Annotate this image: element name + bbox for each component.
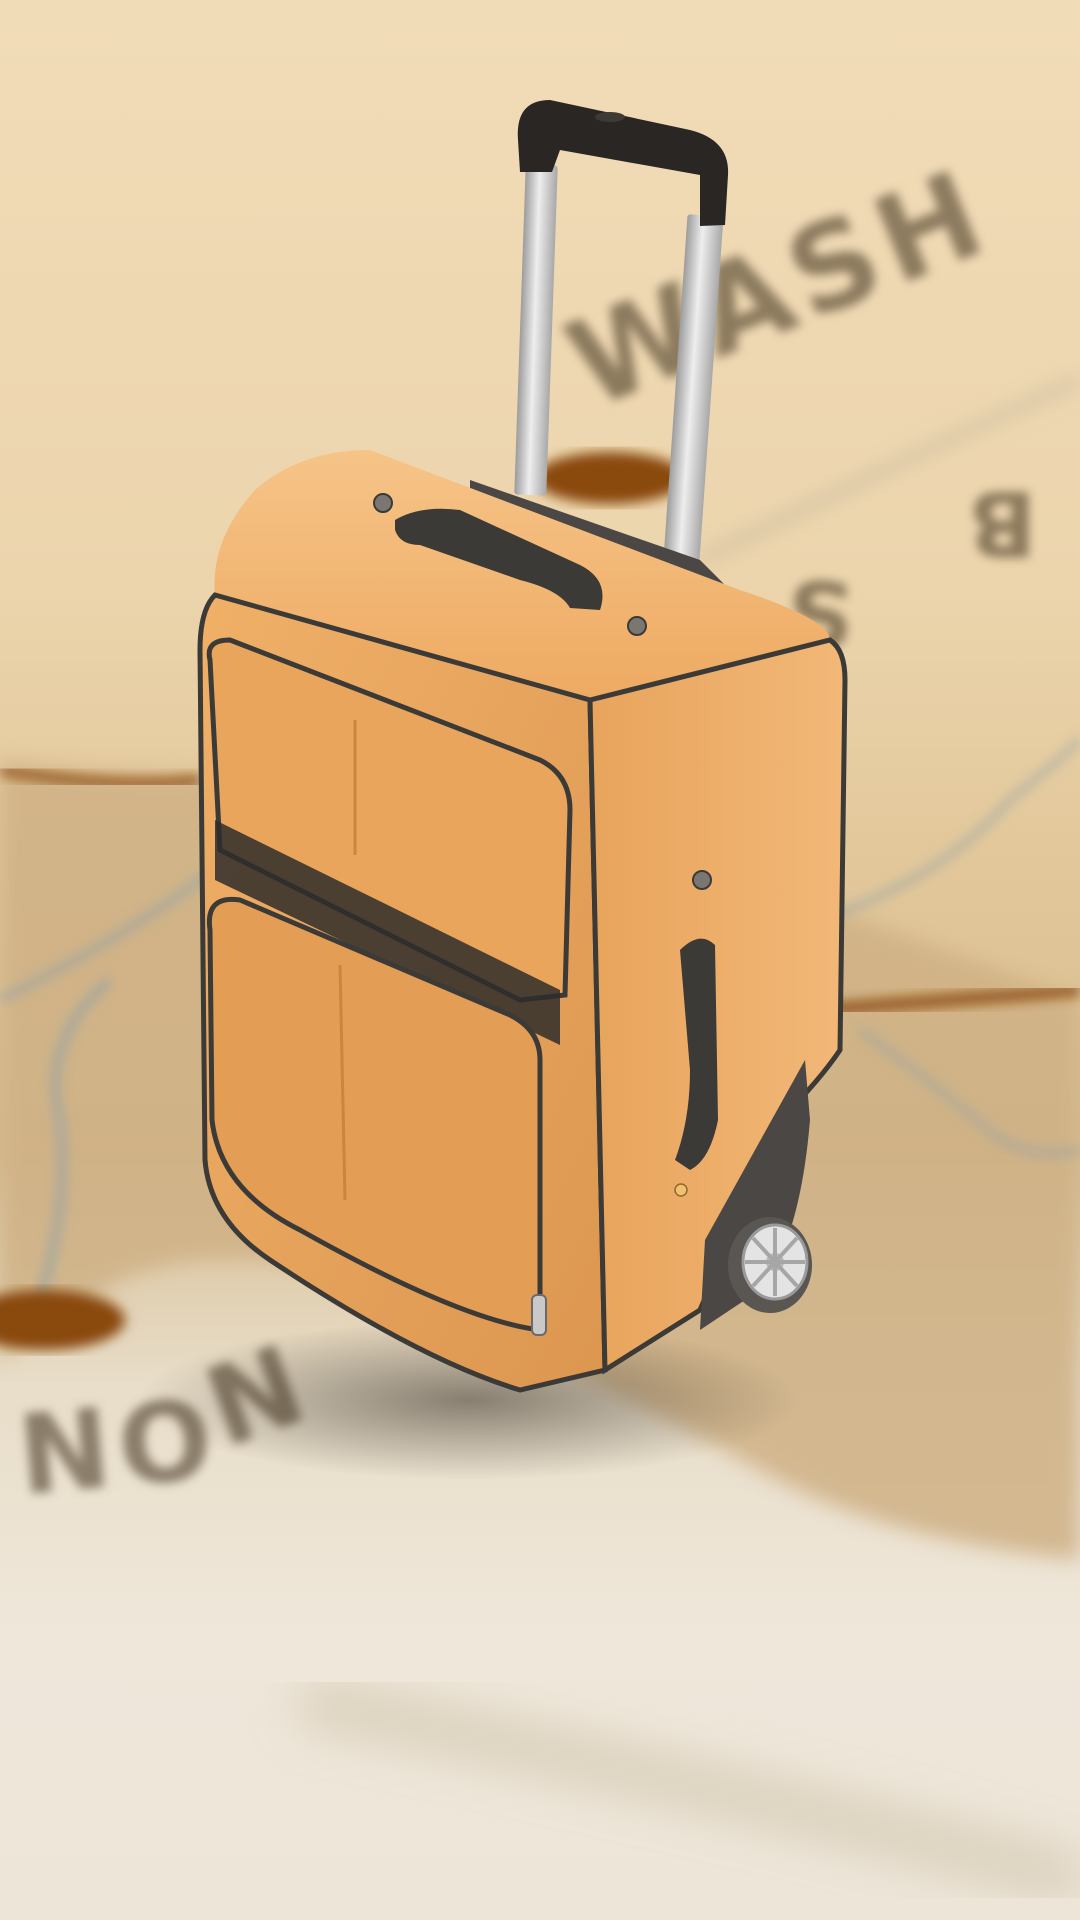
suitcase [0, 0, 1080, 1920]
wheel [728, 1217, 812, 1313]
photo-scene: WASH S B ON N [0, 0, 1080, 1920]
telescoping-handle [514, 100, 728, 576]
